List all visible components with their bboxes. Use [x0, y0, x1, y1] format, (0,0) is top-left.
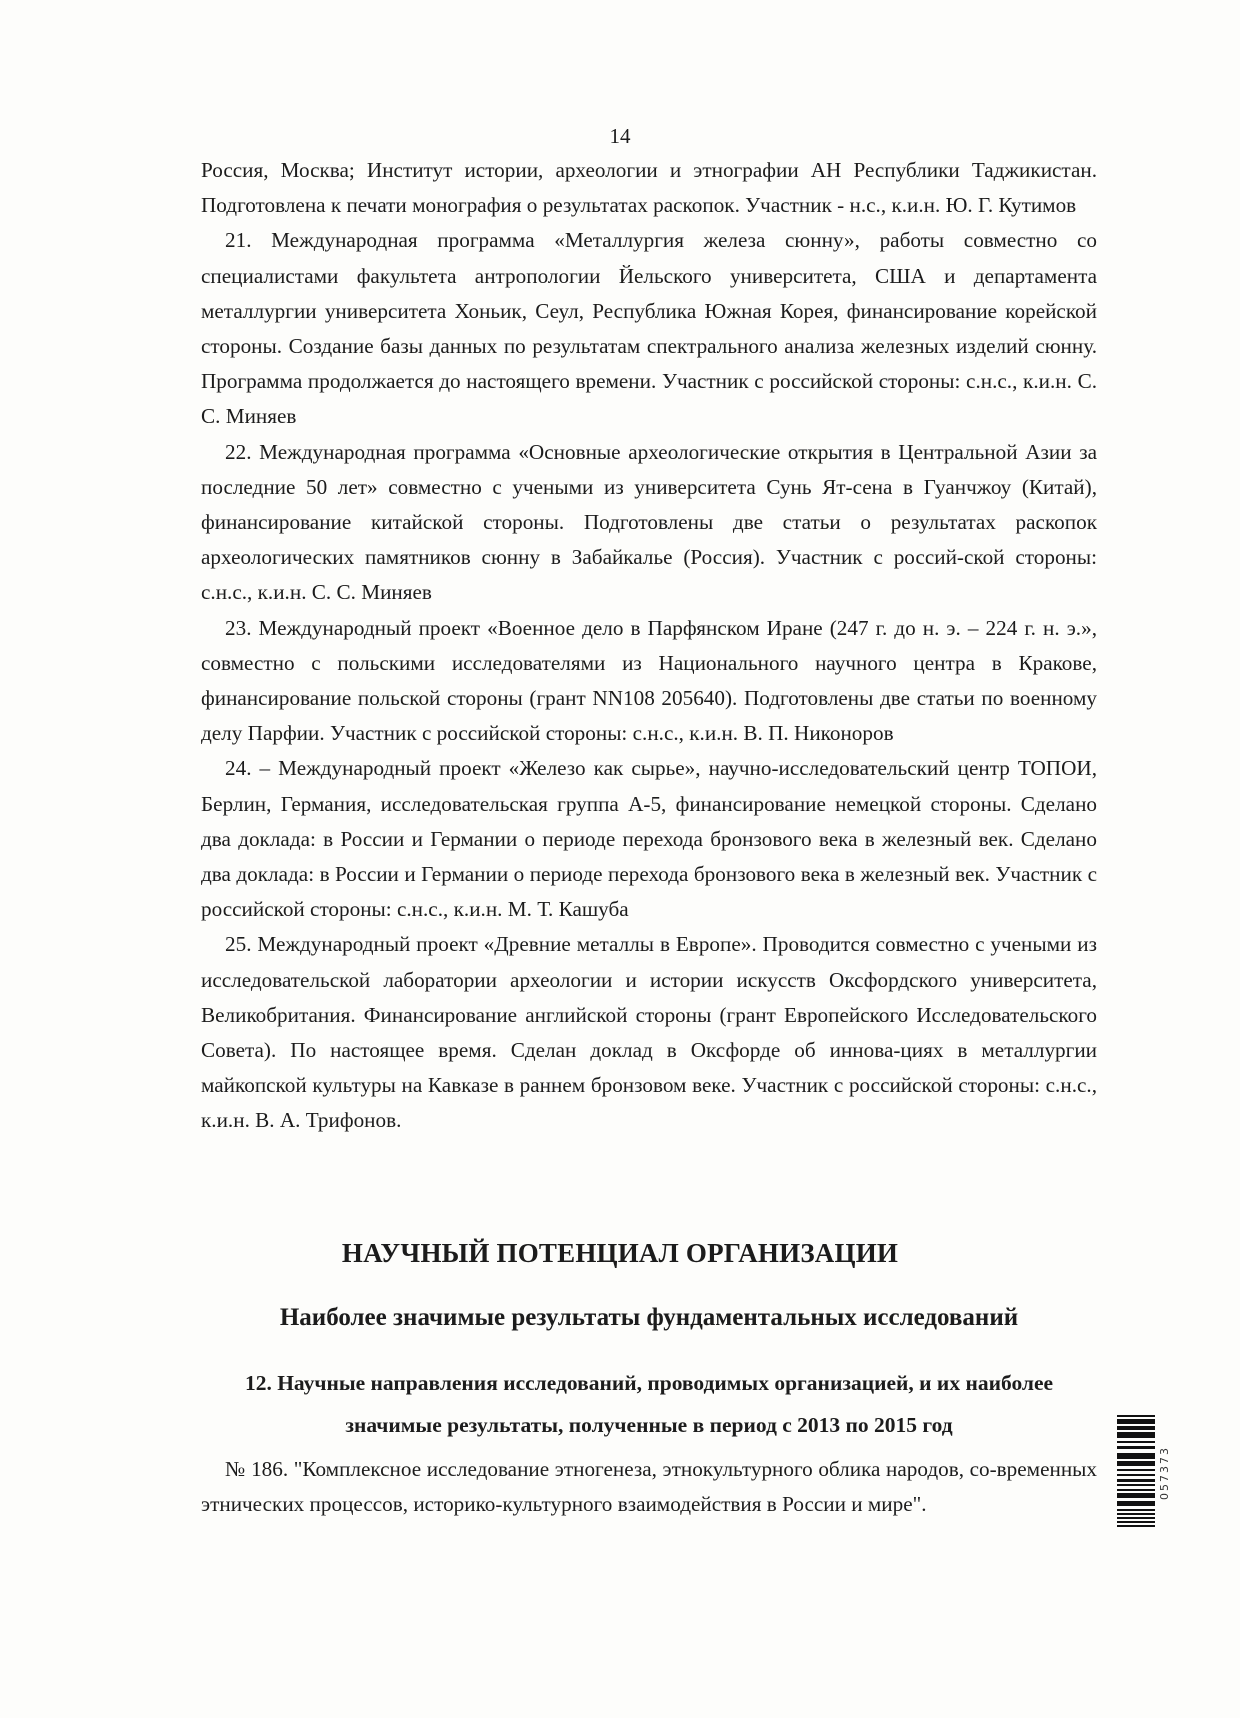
paragraph-item-21: 21. Международная программа «Металлургия…: [201, 223, 1097, 434]
section-title: НАУЧНЫЙ ПОТЕНЦИАЛ ОРГАНИЗАЦИИ: [0, 1238, 1240, 1269]
subsection-title: Наиболее значимые результаты фундаментал…: [201, 1304, 1097, 1332]
page-number: 14: [0, 124, 1240, 149]
paragraph-item-22: 22. Международная программа «Основные ар…: [201, 435, 1097, 611]
barcode-icon: [1117, 1415, 1155, 1527]
barcode-number: 057373: [1158, 1446, 1171, 1500]
item-text: № 186. "Комплексное исследование этноген…: [201, 1452, 1097, 1522]
paragraph-item-25: 25. Международный проект «Древние металл…: [201, 927, 1097, 1138]
paragraph-item-23: 23. Международный проект «Военное дело в…: [201, 611, 1097, 752]
body-text: Россия, Москва; Институт истории, археол…: [201, 153, 1097, 1139]
paragraph-continuation: Россия, Москва; Институт истории, археол…: [201, 153, 1097, 223]
paragraph-item-24: 24. – Международный проект «Железо как с…: [201, 751, 1097, 927]
item-heading: 12. Научные направления исследований, пр…: [201, 1362, 1097, 1446]
